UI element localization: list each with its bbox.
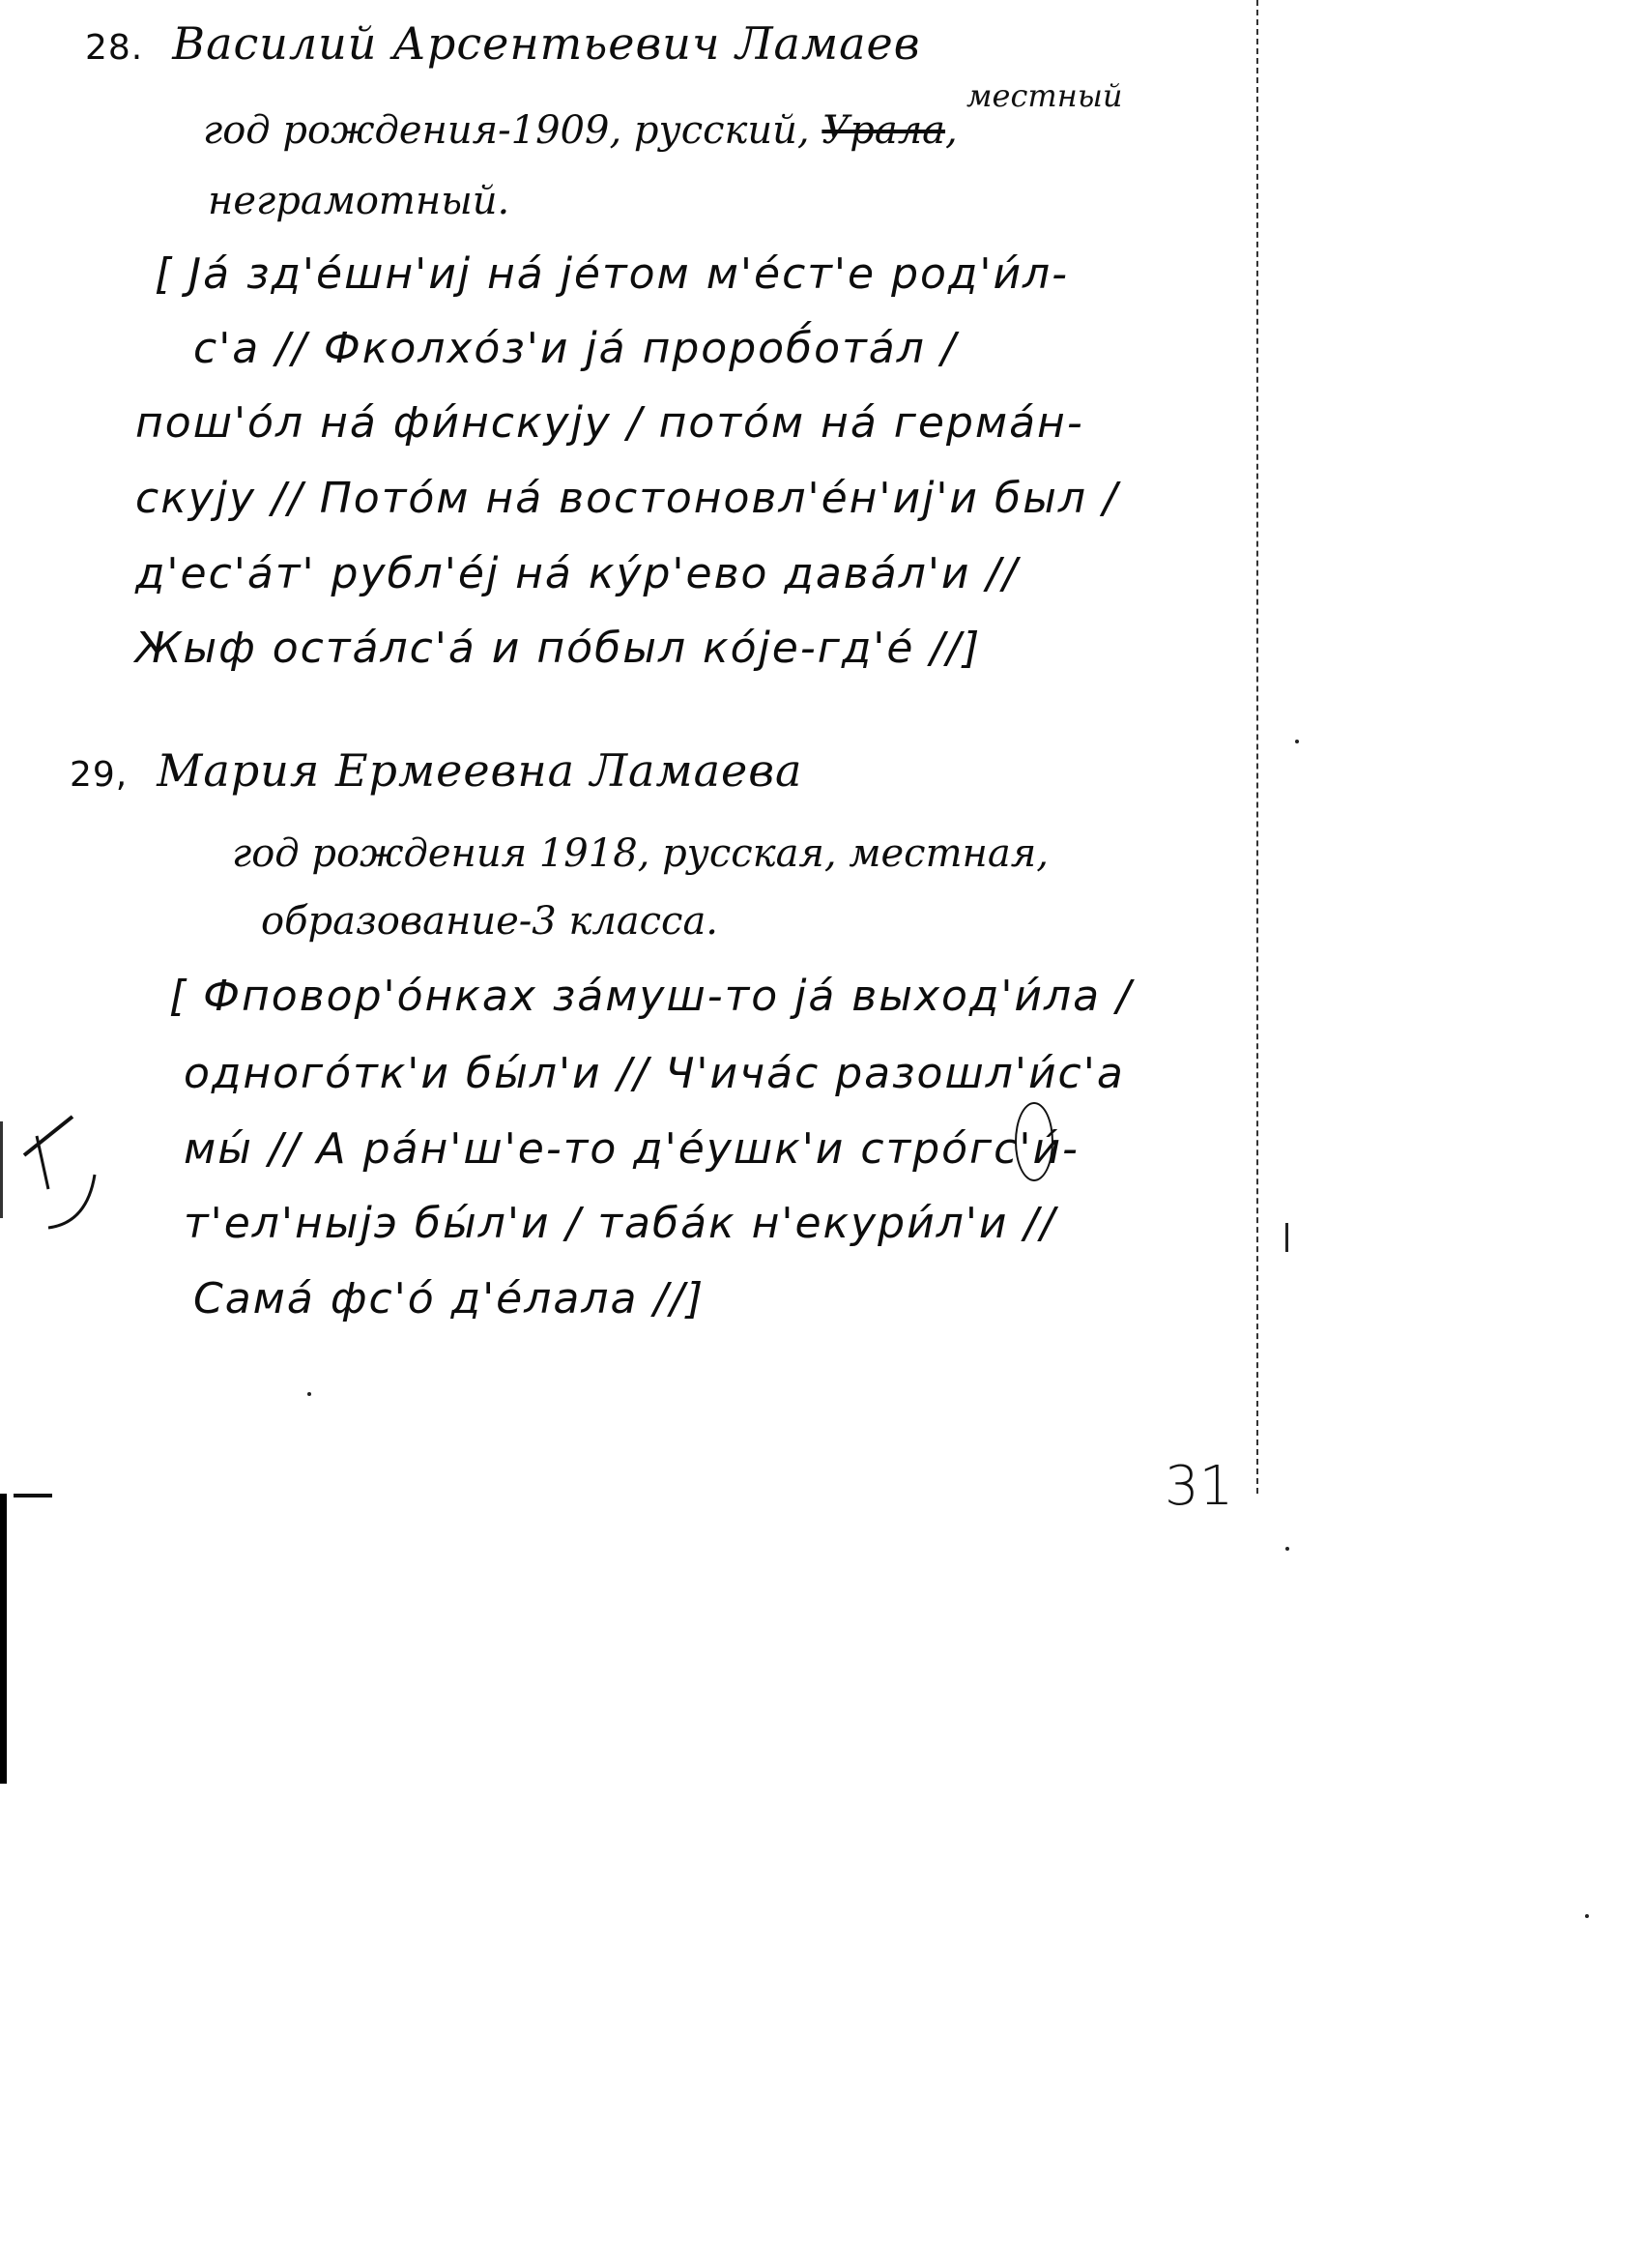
entry-28-bio-line-1: год рождения-1909, русский, Урала, (203, 108, 958, 153)
scan-edge-mark (1285, 1223, 1288, 1252)
entry-29-header: 29,Мария Ермеевна Ламаева (70, 744, 802, 797)
transcription-line: т'ел'ныјэ бы́л'и / таба́к н'екури́л'и // (184, 1199, 1056, 1248)
margin-x-mark-icon (19, 1107, 106, 1242)
transcription-line: [ Фповор'о́нках за́муш-то ја́ выход'и́ла… (169, 972, 1133, 1021)
page-edge-dashed-line (1256, 0, 1258, 1494)
transcription-line: одного́тк'и бы́л'и // Ч'ича́с разошл'и́с… (184, 1049, 1125, 1098)
entry-28-bio-line-2: неграмотный. (208, 179, 509, 223)
scan-speck (307, 1392, 311, 1396)
transcription-line: Жыф оста́лс'а́ и по́был ко́је-гд'е́ //] (135, 624, 981, 673)
entry-number: 28. (85, 28, 143, 68)
entry-29-bio-line-2: образование-3 класса. (261, 899, 718, 944)
circled-correction-mark (1015, 1102, 1053, 1181)
entry-28-header: 28.Василий Арсентьевич Ламаев (85, 17, 921, 70)
transcription-line: пош'о́л на́ фи́нскују / пото́м на́ герма… (135, 398, 1084, 448)
scan-speck (1285, 1547, 1289, 1551)
speaker-name: Мария Ермеевна Ламаева (157, 744, 802, 797)
scan-artifact (14, 1494, 52, 1497)
bio-text: год рождения-1909, русский, (203, 108, 821, 153)
transcription-line: д'ес'а́т' рубл'е́ј на́ ку́р'ево дава́л'и… (135, 549, 1019, 598)
transcription-line: скују // Пото́м на́ востоновл'е́н'иј'и б… (135, 474, 1119, 523)
scan-speck (1585, 1914, 1589, 1918)
scan-speck (1295, 740, 1299, 743)
entry-29-bio-line-1: год рождения 1918, русская, местная, (232, 831, 1049, 876)
transcription-line: мы́ // А ра́н'ш'е-то д'е́ушк'и стро́гс'и… (184, 1124, 1080, 1174)
transcription-line: Сама́ фс'о́ д'е́лала //] (193, 1274, 705, 1323)
struck-word: Урала (821, 108, 945, 153)
scan-edge-bar (0, 1494, 7, 1784)
document-page: 28.Василий Арсентьевич Ламаев год рожден… (0, 0, 1643, 2268)
transcription-line: [ Ја́ зд'е́шн'иј на́ је́том м'е́ст'е род… (155, 249, 1069, 299)
speaker-name: Василий Арсентьевич Ламаев (172, 17, 920, 70)
bio-trailing: , (945, 108, 958, 153)
entry-number: 29, (70, 755, 128, 795)
inserted-correction: местный (966, 77, 1122, 114)
scan-edge-mark (0, 1121, 3, 1218)
page-number: 31 (1165, 1455, 1233, 1518)
transcription-line: с'а // Фколхо́з'и ја́ пророб́ота́л / (193, 324, 958, 373)
